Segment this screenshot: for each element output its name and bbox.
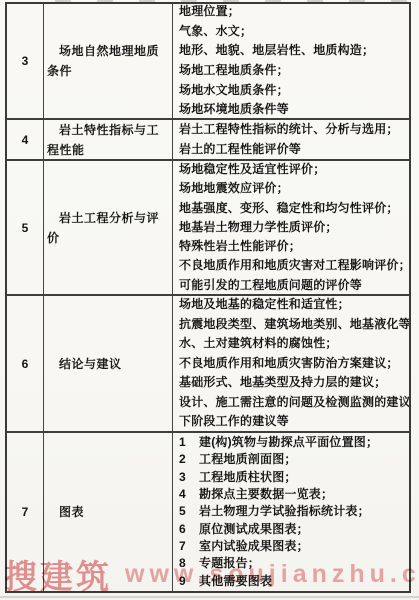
row-number-cell: 7: [7, 433, 44, 591]
item-line: 1建(构)筑物与勘探点平面位置图；: [179, 434, 407, 451]
item-number: 2: [179, 451, 199, 468]
item-line: 2工程地质剖面图；: [179, 451, 407, 468]
item-line: 岩土的工程性能评价等: [179, 140, 407, 160]
items-cell: 1建(构)筑物与勘探点平面位置图；2工程地质剖面图；3工程地质柱状图；4勘探点主…: [173, 433, 409, 591]
scanned-document-page: 3场地自然地理地质条件地理位置；气象、水文；地形、地貌、地层岩性、地质构造；场地…: [0, 0, 419, 600]
item-line: 场地工程地质条件；: [179, 61, 407, 81]
item-line: 可能引发的工程地质问题的评价等: [179, 276, 409, 295]
item-line: 8专题报告；: [179, 555, 407, 572]
item-text: 勘探点主要数据一览表；: [199, 487, 333, 501]
table-row: 3场地自然地理地质条件地理位置；气象、水文；地形、地貌、地层岩性、地质构造；场地…: [7, 4, 409, 120]
table-row: 6结论与建议场地及地基的稳定性和适宜性；抗震地段类型、建筑场地类别、地基液化等级…: [7, 296, 409, 433]
items-cell: 场地及地基的稳定性和适宜性；抗震地段类型、建筑场地类别、地基液化等级；水、土对建…: [173, 296, 409, 431]
item-number: 4: [179, 486, 199, 503]
scan-shadow-line: [0, 596, 419, 598]
item-text: 原位测试成果图表；: [199, 522, 309, 536]
item-line: 气象、水文；: [179, 22, 407, 42]
table-row: 7图表1建(构)筑物与勘探点平面位置图；2工程地质剖面图；3工程地质柱状图；4勘…: [7, 433, 409, 591]
items-cell: 岩土工程特性指标的统计、分析与选用；岩土的工程性能评价等: [173, 120, 409, 159]
item-number: 3: [179, 469, 199, 486]
row-number-cell: 3: [7, 4, 44, 118]
item-line: 地基强度、变形、稳定性和均匀性评价；: [179, 199, 409, 218]
item-line: 不良地质作用和地质灾害防治方案建议；: [179, 354, 409, 374]
item-line: 场地稳定性及适宜性评价；: [179, 161, 409, 179]
item-line: 7室内试验成果图表；: [179, 538, 407, 555]
item-line: 场地及地基的稳定性和适宜性；: [179, 296, 409, 315]
category-cell: 岩土工程分析与评价: [44, 161, 173, 294]
item-text: 其他需要图表: [199, 574, 272, 588]
item-line: 场地环境地质条件等: [179, 100, 407, 120]
category-label: 岩土工程分析与评价: [44, 208, 172, 248]
item-text: 专题报告；: [199, 556, 260, 570]
category-cell: 结论与建议: [44, 296, 173, 431]
report-contents-table: 3场地自然地理地质条件地理位置；气象、水文；地形、地貌、地层岩性、地质构造；场地…: [5, 2, 411, 593]
item-line: 地形、地貌、地层岩性、地质构造；: [179, 41, 407, 61]
item-text: 建(构)筑物与勘探点平面位置图；: [199, 435, 378, 449]
item-line: 6原位测试成果图表；: [179, 521, 407, 538]
table-row: 4岩土特性指标与工程性能岩土工程特性指标的统计、分析与选用；岩土的工程性能评价等: [7, 120, 409, 161]
item-number: 5: [179, 503, 199, 520]
category-label: 图表: [44, 502, 172, 522]
item-text: 室内试验成果图表；: [199, 539, 309, 553]
item-line: 9其他需要图表: [179, 573, 407, 590]
item-number: 9: [179, 573, 199, 590]
category-label: 场地自然地理地质条件: [44, 41, 172, 81]
items-cell: 地理位置；气象、水文；地形、地貌、地层岩性、地质构造；场地工程地质条件；场地水文…: [173, 4, 409, 118]
item-line: 不良地质作用和地质灾害对工程影响评价；: [179, 256, 409, 275]
category-cell: 场地自然地理地质条件: [44, 4, 173, 118]
item-text: 工程地质柱状图；: [199, 470, 297, 484]
item-line: 地理位置；: [179, 4, 407, 22]
item-line: 基础形式、地基类型及持力层的建议；: [179, 373, 409, 393]
item-number: 6: [179, 521, 199, 538]
item-number: 1: [179, 434, 199, 451]
category-label: 结论与建议: [44, 354, 172, 374]
item-line: 抗震地段类型、建筑场地类别、地基液化等级；: [179, 315, 409, 335]
item-line: 水、土对建筑材料的腐蚀性；: [179, 334, 409, 354]
item-line: 场地地震效应评价；: [179, 179, 409, 198]
item-line: 特殊性岩土性能评价；: [179, 237, 409, 256]
item-line: 场地水文地质条件；: [179, 81, 407, 101]
item-line: 4勘探点主要数据一览表；: [179, 486, 407, 503]
item-line: 3工程地质柱状图；: [179, 469, 407, 486]
row-number-cell: 4: [7, 120, 44, 159]
category-cell: 图表: [44, 433, 173, 591]
item-line: 下阶段工作的建议等: [179, 412, 409, 432]
item-line: 设计、施工需注意的问题及检测监测的建议；: [179, 393, 409, 413]
item-line: 5岩土物理力学试验指标统计表；: [179, 503, 407, 520]
item-number: 7: [179, 538, 199, 555]
item-text: 工程地质剖面图；: [199, 452, 297, 466]
item-line: 地基岩土物理力学性质评价；: [179, 218, 409, 237]
row-number-cell: 6: [7, 296, 44, 431]
items-cell: 场地稳定性及适宜性评价；场地地震效应评价；地基强度、变形、稳定性和均匀性评价；地…: [173, 161, 409, 294]
category-cell: 岩土特性指标与工程性能: [44, 120, 173, 159]
category-label: 岩土特性指标与工程性能: [44, 120, 172, 160]
item-number: 8: [179, 555, 199, 572]
table-row: 5岩土工程分析与评价场地稳定性及适宜性评价；场地地震效应评价；地基强度、变形、稳…: [7, 161, 409, 296]
item-text: 岩土物理力学试验指标统计表；: [199, 504, 370, 518]
item-line: 岩土工程特性指标的统计、分析与选用；: [179, 120, 407, 140]
row-number-cell: 5: [7, 161, 44, 294]
